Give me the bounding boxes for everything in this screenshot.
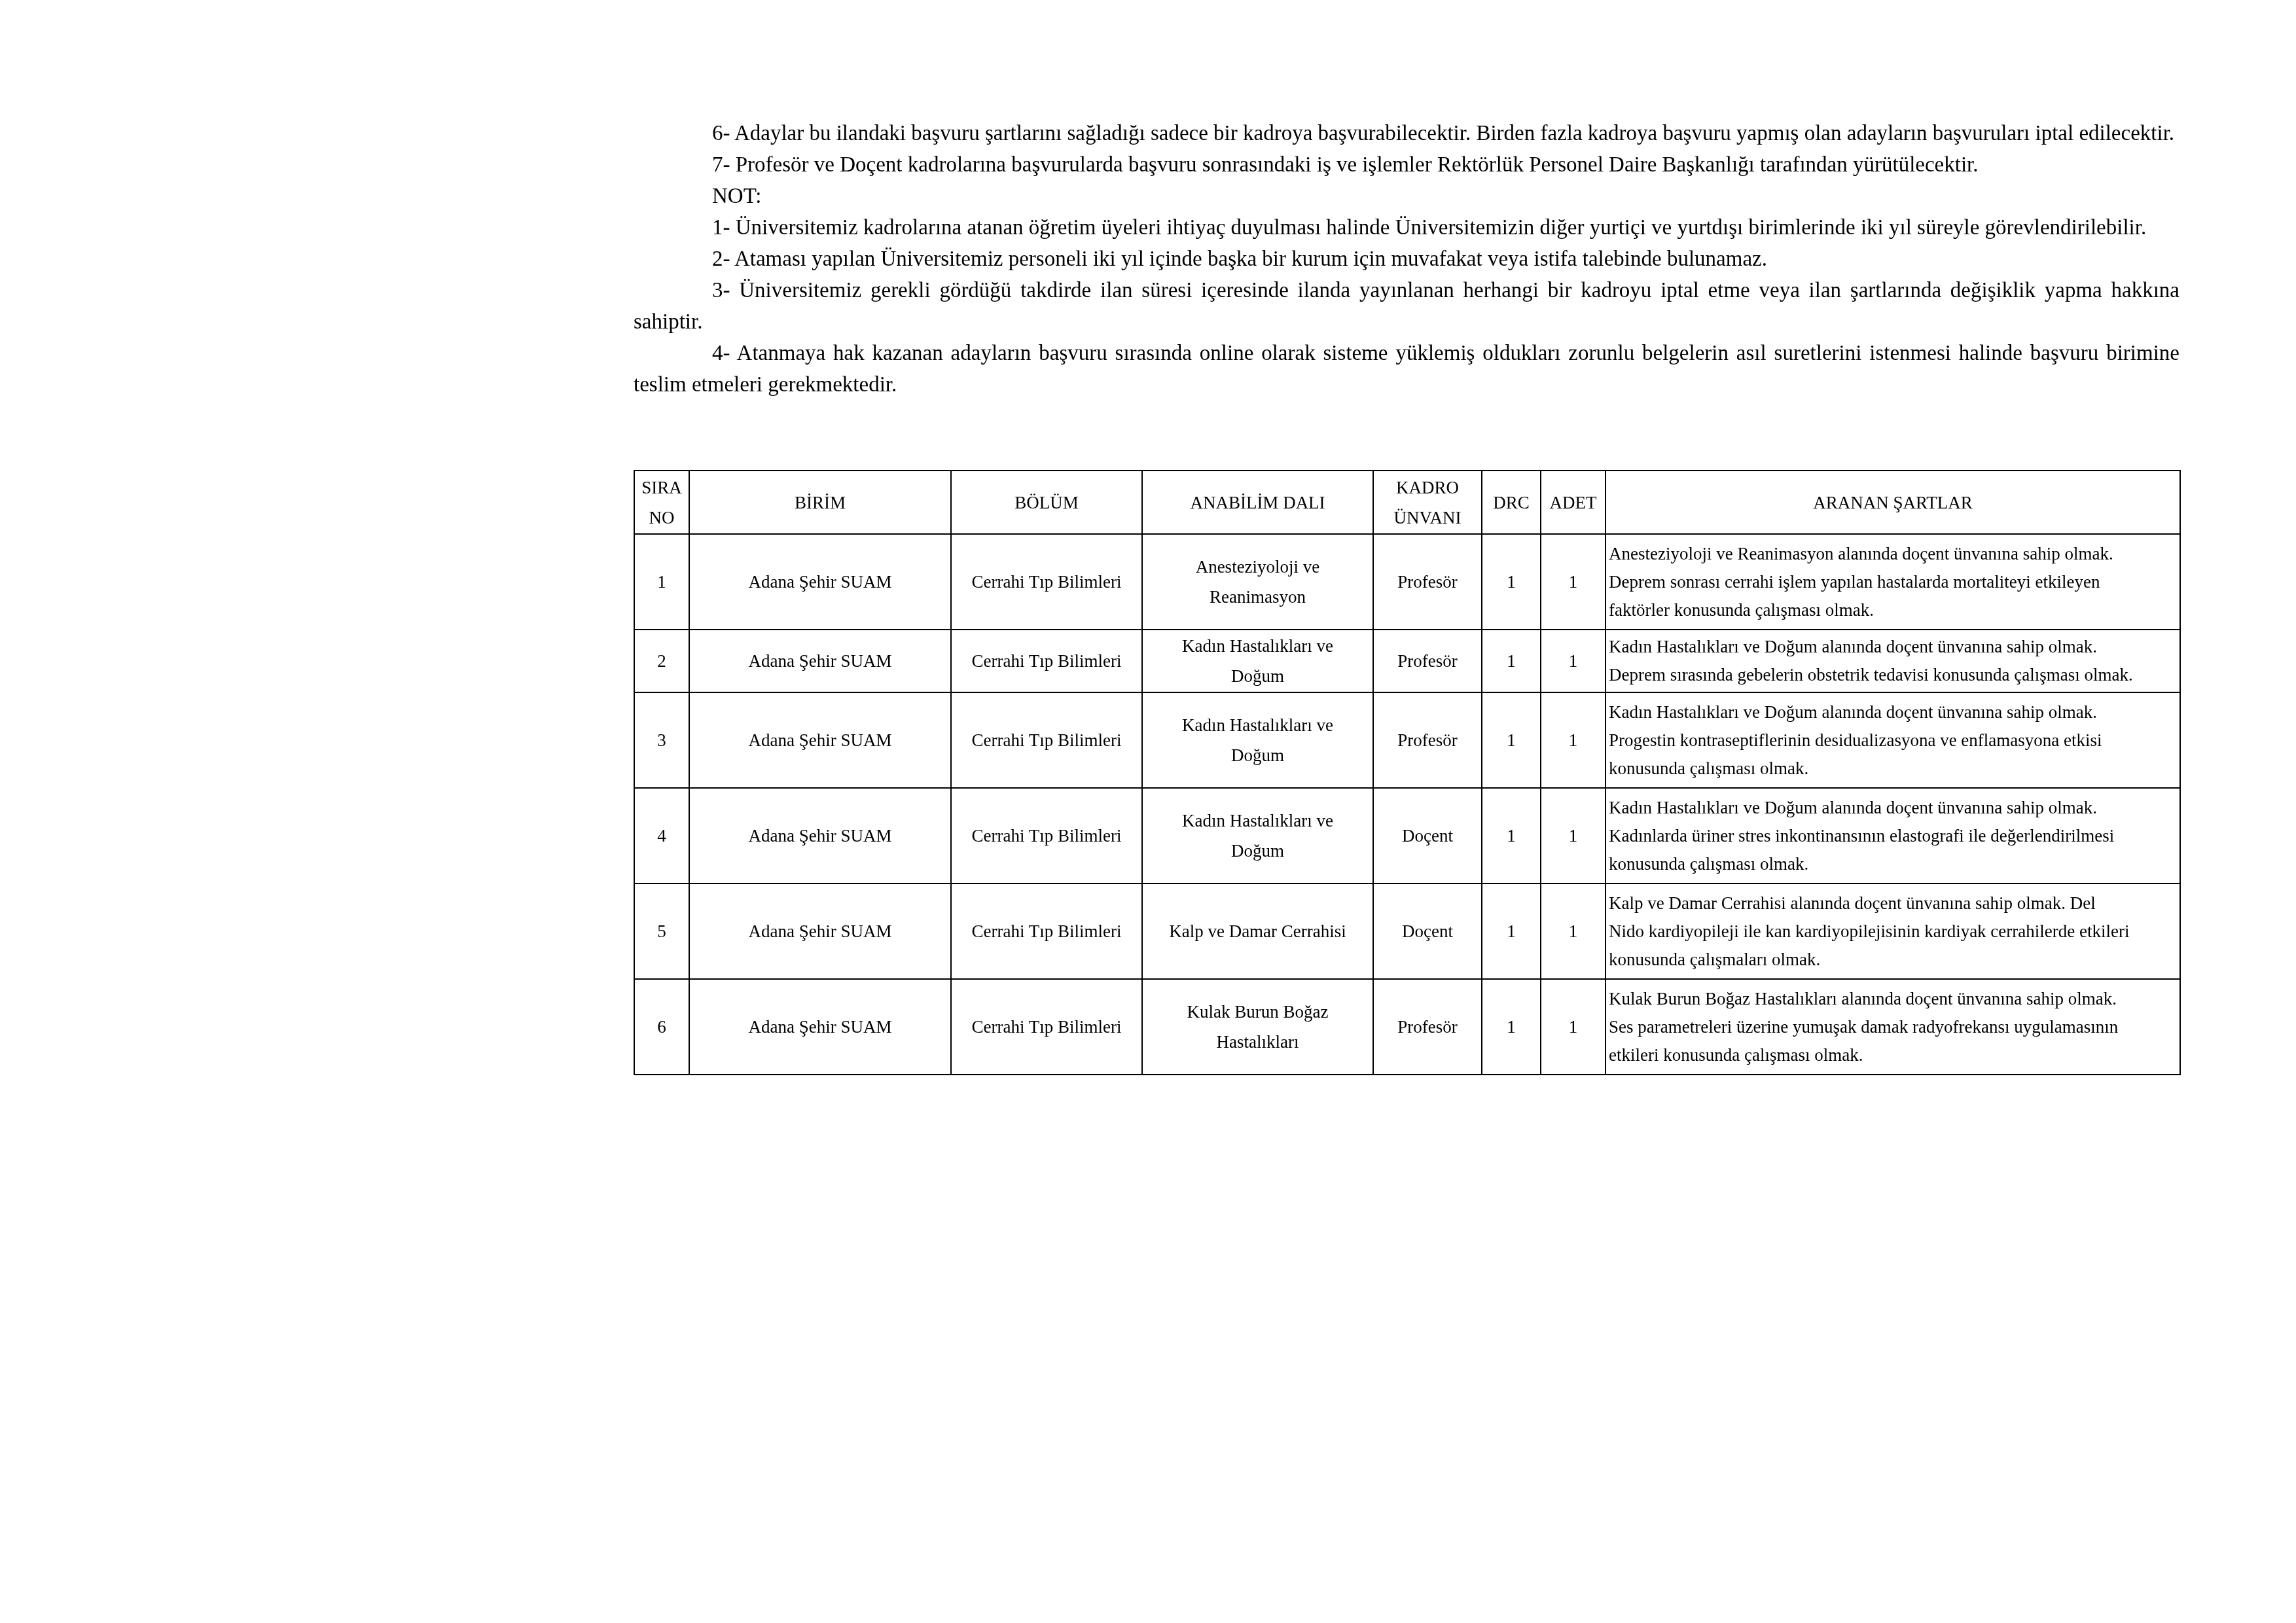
header-sira-no: SIRA NO bbox=[634, 471, 689, 534]
cell-sira-no: 6 bbox=[634, 979, 689, 1075]
cell-birim: Adana Şehir SUAM bbox=[689, 883, 951, 979]
cell-adet: 1 bbox=[1541, 979, 1605, 1075]
cell-adet: 1 bbox=[1541, 692, 1605, 788]
condition-line: Ses parametreleri üzerine yumuşak damak … bbox=[1609, 1013, 2178, 1041]
cell-adet: 1 bbox=[1541, 630, 1605, 692]
condition-line: Kadın Hastalıkları ve Doğum alanında doç… bbox=[1609, 698, 2178, 726]
cell-anabilim-dali: Kulak Burun BoğazHastalıkları bbox=[1142, 979, 1373, 1075]
cell-sira-no: 5 bbox=[634, 883, 689, 979]
not-item-2: 2- Ataması yapılan Üniversitemiz persone… bbox=[634, 243, 2179, 275]
positions-table: SIRA NO BİRİM BÖLÜM ANABİLİM DALI KADRO … bbox=[634, 470, 2181, 1075]
note-paragraph-7: 7- Profesör ve Doçent kadrolarına başvur… bbox=[634, 149, 2179, 181]
cell-aranan-sartlar: Kulak Burun Boğaz Hastalıkları alanında … bbox=[1605, 979, 2180, 1075]
condition-line: Kulak Burun Boğaz Hastalıkları alanında … bbox=[1609, 985, 2178, 1013]
cell-aranan-sartlar: Kadın Hastalıkları ve Doğum alanında doç… bbox=[1605, 692, 2180, 788]
cell-kadro-unvani: Profesör bbox=[1373, 630, 1482, 692]
cell-anabilim-dali: Kadın Hastalıkları veDoğum bbox=[1142, 630, 1373, 692]
condition-line: Deprem sırasında gebelerin obstetrik ted… bbox=[1609, 661, 2178, 689]
condition-line: Progestin kontraseptiflerinin desidualiz… bbox=[1609, 726, 2178, 755]
condition-line: etkileri konusunda çalışması olmak. bbox=[1609, 1041, 2178, 1069]
cell-kadro-unvani: Profesör bbox=[1373, 692, 1482, 788]
cell-birim: Adana Şehir SUAM bbox=[689, 979, 951, 1075]
cell-drc: 1 bbox=[1482, 883, 1541, 979]
cell-birim: Adana Şehir SUAM bbox=[689, 788, 951, 883]
table-row: 1Adana Şehir SUAMCerrahi Tıp BilimleriAn… bbox=[634, 534, 2180, 630]
cell-anabilim-dali: Anesteziyoloji veReanimasyon bbox=[1142, 534, 1373, 630]
cell-adet: 1 bbox=[1541, 788, 1605, 883]
condition-line: Deprem sonrası cerrahi işlem yapılan has… bbox=[1609, 568, 2178, 596]
cell-bolum: Cerrahi Tıp Bilimleri bbox=[951, 788, 1142, 883]
announcement-notes: 6- Adaylar bu ilandaki başvuru şartların… bbox=[634, 118, 2179, 401]
cell-kadro-unvani: Doçent bbox=[1373, 883, 1482, 979]
cell-sira-no: 1 bbox=[634, 534, 689, 630]
cell-birim: Adana Şehir SUAM bbox=[689, 692, 951, 788]
cell-birim: Adana Şehir SUAM bbox=[689, 534, 951, 630]
cell-anabilim-dali: Kadın Hastalıkları veDoğum bbox=[1142, 692, 1373, 788]
condition-line: Anesteziyoloji ve Reanimasyon alanında d… bbox=[1609, 540, 2178, 568]
header-bolum: BÖLÜM bbox=[951, 471, 1142, 534]
not-item-3: 3- Üniversitemiz gerekli gördüğü takdird… bbox=[634, 275, 2179, 338]
table-row: 2Adana Şehir SUAMCerrahi Tıp BilimleriKa… bbox=[634, 630, 2180, 692]
cell-bolum: Cerrahi Tıp Bilimleri bbox=[951, 883, 1142, 979]
not-item-4: 4- Atanmaya hak kazanan adayların başvur… bbox=[634, 338, 2179, 401]
table-row: 5Adana Şehir SUAMCerrahi Tıp BilimleriKa… bbox=[634, 883, 2180, 979]
cell-bolum: Cerrahi Tıp Bilimleri bbox=[951, 979, 1142, 1075]
condition-line: Kadın Hastalıkları ve Doğum alanında doç… bbox=[1609, 633, 2178, 661]
condition-line: faktörler konusunda çalışması olmak. bbox=[1609, 596, 2178, 624]
cell-adet: 1 bbox=[1541, 883, 1605, 979]
cell-aranan-sartlar: Kadın Hastalıkları ve Doğum alanında doç… bbox=[1605, 630, 2180, 692]
cell-bolum: Cerrahi Tıp Bilimleri bbox=[951, 692, 1142, 788]
condition-line: konusunda çalışması olmak. bbox=[1609, 755, 2178, 783]
cell-drc: 1 bbox=[1482, 630, 1541, 692]
header-kadro-unvani: KADRO ÜNVANI bbox=[1373, 471, 1482, 534]
header-adet: ADET bbox=[1541, 471, 1605, 534]
cell-sira-no: 3 bbox=[634, 692, 689, 788]
cell-bolum: Cerrahi Tıp Bilimleri bbox=[951, 534, 1142, 630]
cell-aranan-sartlar: Kadın Hastalıkları ve Doğum alanında doç… bbox=[1605, 788, 2180, 883]
header-drc: DRC bbox=[1482, 471, 1541, 534]
condition-line: Kadın Hastalıkları ve Doğum alanında doç… bbox=[1609, 794, 2178, 822]
condition-line: konusunda çalışması olmak. bbox=[1609, 850, 2178, 878]
cell-adet: 1 bbox=[1541, 534, 1605, 630]
not-heading: NOT: bbox=[634, 181, 2179, 212]
cell-drc: 1 bbox=[1482, 692, 1541, 788]
header-anabilim-dali: ANABİLİM DALI bbox=[1142, 471, 1373, 534]
cell-aranan-sartlar: Kalp ve Damar Cerrahisi alanında doçent … bbox=[1605, 883, 2180, 979]
cell-kadro-unvani: Profesör bbox=[1373, 534, 1482, 630]
cell-aranan-sartlar: Anesteziyoloji ve Reanimasyon alanında d… bbox=[1605, 534, 2180, 630]
cell-bolum: Cerrahi Tıp Bilimleri bbox=[951, 630, 1142, 692]
cell-kadro-unvani: Profesör bbox=[1373, 979, 1482, 1075]
cell-drc: 1 bbox=[1482, 534, 1541, 630]
cell-drc: 1 bbox=[1482, 788, 1541, 883]
condition-line: Nido kardiyopileji ile kan kardiyopileji… bbox=[1609, 918, 2178, 946]
condition-line: konusunda çalışmaları olmak. bbox=[1609, 946, 2178, 974]
condition-line: Kadınlarda üriner stres inkontinansının … bbox=[1609, 822, 2178, 850]
not-item-1: 1- Üniversitemiz kadrolarına atanan öğre… bbox=[634, 212, 2179, 243]
header-aranan-sartlar: ARANAN ŞARTLAR bbox=[1605, 471, 2180, 534]
cell-drc: 1 bbox=[1482, 979, 1541, 1075]
header-birim: BİRİM bbox=[689, 471, 951, 534]
table-row: 6Adana Şehir SUAMCerrahi Tıp BilimleriKu… bbox=[634, 979, 2180, 1075]
table-row: 3Adana Şehir SUAMCerrahi Tıp BilimleriKa… bbox=[634, 692, 2180, 788]
note-paragraph-6: 6- Adaylar bu ilandaki başvuru şartların… bbox=[634, 118, 2179, 149]
table-row: 4Adana Şehir SUAMCerrahi Tıp BilimleriKa… bbox=[634, 788, 2180, 883]
cell-anabilim-dali: Kalp ve Damar Cerrahisi bbox=[1142, 883, 1373, 979]
cell-anabilim-dali: Kadın Hastalıkları veDoğum bbox=[1142, 788, 1373, 883]
cell-kadro-unvani: Doçent bbox=[1373, 788, 1482, 883]
condition-line: Kalp ve Damar Cerrahisi alanında doçent … bbox=[1609, 889, 2178, 918]
cell-sira-no: 4 bbox=[634, 788, 689, 883]
cell-birim: Adana Şehir SUAM bbox=[689, 630, 951, 692]
cell-sira-no: 2 bbox=[634, 630, 689, 692]
table-header-row: SIRA NO BİRİM BÖLÜM ANABİLİM DALI KADRO … bbox=[634, 471, 2180, 534]
